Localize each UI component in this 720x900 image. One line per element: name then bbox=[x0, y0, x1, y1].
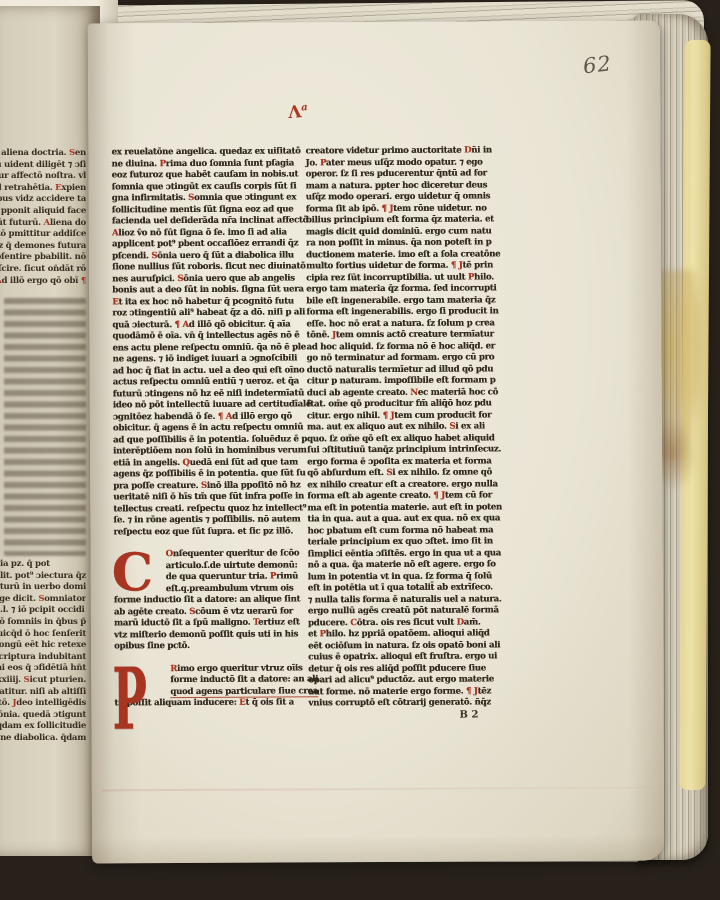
rubric-red-text: N bbox=[410, 387, 418, 397]
text-line: forma ſit ab ipō. ¶ Jtem rōne uidetur. n… bbox=[306, 203, 492, 215]
text-line: ſui ɔſtitutiuū tanq̄z principium intrinſ… bbox=[307, 444, 493, 456]
text-span: ⁊ nulla talis forma ē naturalis uel a na… bbox=[308, 594, 502, 605]
text-span: tellectus creati. reſpectu quoz hz intel… bbox=[113, 503, 306, 514]
text-line: forma eſt ingenerabilis. ergo ſi produci… bbox=[306, 306, 492, 318]
text-line: qō abſurdum eſt. Si ex nihilo. ſz omne q… bbox=[307, 467, 493, 479]
text-fragment-line: betur affectō noſtra. vl bbox=[0, 171, 86, 183]
text-line: teriale principium ex quo ɔſtet. imo ſit… bbox=[307, 536, 493, 548]
text-span: ū uident diligēt ⁊ ɔſi bbox=[0, 160, 86, 170]
text-span: nalit. pot⁹ ɔiectura q̄z bbox=[0, 571, 86, 581]
text-span: tem cum producit for bbox=[394, 410, 491, 421]
text-line: ad que poſſibilis ē in potentia. ſoluēdu… bbox=[113, 434, 299, 446]
text-span: cuius ē opatrix. alioqui eſt fruſtra. er… bbox=[308, 651, 497, 662]
text-fragment-line: .xxxiiij. Sicut pturien bbox=[0, 675, 86, 687]
text-span: eēt ociōſum in natura. ſz ois opatō boni… bbox=[308, 640, 500, 651]
text-line: ſtat. om̄e qō producitur fm̄ aliq̄ō hoz … bbox=[307, 398, 493, 410]
text-span: forma eſt ab agente creato. bbox=[307, 491, 433, 502]
text-fragment-line: t ſōnia. quedā ɔtigunt bbox=[0, 710, 86, 722]
text-span: alibus vidz accidere ta bbox=[0, 194, 86, 204]
text-line: opari ad alicu⁹ pductōz. aut ergo materi… bbox=[308, 674, 494, 686]
text-fragment-line: quicq̄d ō hoc ſenſerit bbox=[0, 629, 86, 641]
text-line: bile eſt ingenerabile. ergo tam materia … bbox=[306, 295, 492, 307]
text-span: ſimplici eēntia ɔſiſtēs. ergo in qua ut … bbox=[308, 548, 501, 559]
text-fragment-line: ut aliena doctria. Sen bbox=[0, 148, 86, 160]
text-span: l. ⁊ iō pcipit occidi. bbox=[0, 605, 85, 615]
text-span: q̄n pponit aliquid face bbox=[0, 206, 86, 216]
text-fragment-line: atō. Jdeo intelligēdis bbox=[0, 698, 86, 710]
text-span: qō abſurdum eſt. bbox=[307, 468, 386, 478]
previous-page-text-fragments-bottom: ia pz. q̄ potnalit. pot⁹ ɔiectura q̄zfut… bbox=[0, 559, 86, 745]
text-line: obicitur. q̄ agens ē in actu reſpectu om… bbox=[113, 422, 299, 434]
text-span: hoc pbatum eſt cum forma nō habeat ma bbox=[307, 525, 493, 536]
paragraph-block: ex reuelatōne angelica. quedaz ex uiſita… bbox=[111, 146, 299, 538]
text-line: bonis aut a deo ſūt in nobis. ſigna ſūt … bbox=[112, 284, 298, 296]
text-span: detur q̄ ois res aliq̄d poſſit pducere ſ… bbox=[308, 663, 486, 674]
text-span: imo ergo queritur vtruz oīis bbox=[177, 663, 302, 674]
text-span: d illō ergo qō obī bbox=[2, 276, 79, 286]
text-span: hilo. hz ppriā opatōem. alioqui aliq̄d bbox=[326, 628, 490, 639]
text-span: el retrahētia. bbox=[0, 183, 55, 193]
text-span: eſt in potētia ut ī qua totalit̄ ab extr… bbox=[308, 582, 493, 593]
text-line: magis dicit quid dominiū. ergo cum natu bbox=[306, 226, 492, 238]
rubric-red-text: Q bbox=[182, 457, 189, 467]
text-span: inō illa ppoſitō nō hz bbox=[207, 480, 301, 490]
text-line: ma. aut ex aliquo aut ex nihilo. Si ex a… bbox=[307, 421, 493, 433]
text-line: tia in qua. aut a qua. aut ex qua. nō ex… bbox=[307, 513, 493, 525]
text-line: eſt in potētia ut ī qua totalit̄ ab extr… bbox=[308, 582, 494, 594]
text-line: ɔgnitōez habendā ō ſe. ¶ Ad illō ergo qō bbox=[113, 411, 299, 423]
paragraph-block: creatore videtur primo auctoritate Dn̄i … bbox=[305, 145, 494, 709]
text-line: articulo.ſ.de uirtute demonū: bbox=[166, 560, 300, 572]
text-line: ideo nō pōt intellectū iuuare ad certitu… bbox=[113, 399, 299, 411]
red-underlined-text: quod agens particulare ſiue crea bbox=[170, 686, 318, 698]
text-fragment-line: nalit. pot⁹ ɔiectura q̄z bbox=[0, 571, 86, 583]
text-span: aut forme. nō materie ergo forme. bbox=[308, 686, 466, 697]
text-line: gna infirmitatis. Somnia que ɔtingunt ex bbox=[112, 192, 298, 204]
text-span: ne diuina. bbox=[112, 159, 160, 169]
text-line: actus reſpectu omniū entiū ⁊ ueroz. et q… bbox=[113, 376, 299, 388]
text-span: bilius principium eſt forma q̄z materia.… bbox=[306, 214, 494, 225]
text-span: quicq̄d ō hoc ſenſerit bbox=[0, 629, 86, 639]
text-span: pducere. bbox=[308, 618, 350, 628]
text-line: nes auruſpici. Sōnia uero que ab angelis bbox=[112, 273, 298, 285]
text-span: forme inductō ſit a datore: an ali bbox=[170, 674, 318, 685]
text-line: multo fortius uidetur de forma. ¶ Jtē pr… bbox=[306, 260, 492, 272]
text-fragment-line: alibus vidz accidere ta bbox=[0, 194, 86, 206]
text-span: quo. ſz om̄e qō eſt ex aliquo habet aliq… bbox=[307, 433, 495, 444]
text-line: agens q̄z poſſibilis ē in potentia. que … bbox=[113, 468, 299, 480]
text-span: ōnia uero que ab angelis bbox=[183, 273, 295, 284]
text-span: bonis aut a deo ſūt in nobis. ſigna ſūt … bbox=[112, 284, 303, 295]
text-fragment-line: lege dicit. Somniator bbox=[0, 594, 86, 606]
text-line: ab agēte creato. Scōum ē vtz uerarū for bbox=[114, 606, 300, 618]
text-span: pſcendi. bbox=[112, 251, 151, 261]
text-line: tellectus creati. reſpectu quoz hz intel… bbox=[113, 503, 299, 515]
text-line: ductionem materie. imo eſt a ſola creatō… bbox=[306, 249, 492, 261]
text-fragment-line: ¶ Ad illō ergo qō obī bbox=[0, 276, 86, 288]
text-span: t ita ex hoc nō habetur q̄ pcognitō futu bbox=[119, 296, 294, 307]
text-line: forme inductō ſit a datore: an ali bbox=[170, 674, 300, 686]
text-span: t q̄ ois ſit a bbox=[245, 697, 293, 707]
text-line: et Philo. hz ppriā opatōem. alioqui aliq… bbox=[308, 628, 494, 640]
text-fragment-line: atz q̄ demones futura bbox=[0, 241, 86, 253]
rubric-red-text: ¶ bbox=[81, 276, 86, 286]
text-line: tōnē. Jtem omnis actō creature termīatur bbox=[306, 329, 492, 341]
text-span: ſūt futurū. bbox=[0, 218, 43, 228]
text-line: ex reuelatōne angelica. quedaz ex uiſita… bbox=[111, 146, 297, 158]
text-line: mam a natura. ppter hoc diceretur deus bbox=[306, 180, 492, 192]
text-fragment-line: l. ⁊ iō pcipit occidi. bbox=[0, 605, 86, 617]
text-span: nſequenter queritur de ſcōo bbox=[173, 548, 299, 559]
book-photo: ut aliena doctria. Senū uident diligēt ⁊… bbox=[0, 0, 720, 900]
text-span: ſione nullius ſūt roboris. ſicut nec diu… bbox=[112, 261, 306, 272]
text-span: ſe. ⁊ in rōne agentis ⁊ poſſibilis. nō a… bbox=[113, 514, 300, 525]
text-fragment-line: d pſcire. ſicut on̄dāt rō bbox=[0, 264, 86, 276]
text-line: applicent pot⁹ pbent occaſiōez errandi q… bbox=[112, 238, 298, 250]
text-line: marū iductō ſit a ſpū maligno. Tertiuz e… bbox=[114, 617, 300, 629]
text-span: teriale principium ex quo ɔſtet. imo ſit… bbox=[307, 536, 492, 547]
text-line: ex nihilo creatur eſt a creatore. ergo n… bbox=[307, 479, 493, 491]
text-span: uſq̄z modo operari. ergo uidetur q̄ omni… bbox=[306, 191, 490, 202]
text-line: vnius corruptō eſt cōtrarij generatō. n̄… bbox=[308, 697, 494, 709]
text-span: roz ɔtingentiū ali⁹ habeat q̄z a dō. niſ… bbox=[112, 307, 305, 318]
text-line: ueritatē niſi ō hīs tm̄ que ſūt infra po… bbox=[113, 491, 299, 503]
text-span: ex reuelatōne angelica. quedaz ex uiſita… bbox=[111, 146, 300, 157]
text-span: nō a qua. q̄a materie nō eſt agere. ergo… bbox=[308, 559, 496, 570]
rubric-red-text: D bbox=[457, 617, 464, 627]
text-span: tem omnis actō creature termīatur bbox=[336, 329, 494, 340]
text-line: aut forme. nō materie ergo forme. ¶ Jtēz bbox=[308, 686, 494, 698]
text-span: ad hoc q̄ fiat in actu. uel a deo qui eſ… bbox=[113, 365, 305, 376]
text-line: ductō naturalis termīetur ad illud qō pd… bbox=[307, 364, 493, 376]
text-line: Onſequenter queritur de ſcōo bbox=[166, 548, 300, 560]
text-span: ma eſt in potentia materie. aut eſt in p… bbox=[307, 502, 502, 513]
text-span: lege dicit. bbox=[0, 594, 38, 604]
text-line: Jo. Pater meus uſq̄z modo opatur. ⁊ ego bbox=[306, 157, 492, 169]
text-span: forma eſt ingenerabilis. ergo ſi produci… bbox=[306, 306, 498, 317]
text-span: lioz v̄o nō ſūt ſigna ō ſe. imo ſi ad al… bbox=[118, 227, 286, 238]
text-span: tia in qua. aut a qua. aut ex qua. nō ex… bbox=[307, 513, 500, 524]
previous-page-blurred-text bbox=[4, 298, 86, 556]
text-line: ergo forma ē ɔpoſita ex materia et forma bbox=[307, 456, 493, 468]
text-span: ergo forma ē ɔpoſita ex materia et forma bbox=[307, 456, 491, 467]
text-span: tē prin bbox=[462, 260, 492, 270]
text-span: pra poſſe creature. bbox=[113, 480, 201, 490]
text-span: eſt.q.preambulum vtrum ois bbox=[166, 583, 294, 594]
text-span: i ex nihilo. ſz omne qō bbox=[392, 467, 492, 478]
text-line: ſimplici eēntia ɔſiſtēs. ergo in qua ut … bbox=[308, 548, 494, 560]
text-span: tēz bbox=[478, 686, 491, 696]
text-span: patitur. niſi ab altiſſi bbox=[0, 687, 86, 697]
text-span: ōtra. ois res ſicut vult bbox=[357, 617, 457, 628]
text-line: ⁊ nulla talis forma ē naturalis uel a na… bbox=[308, 594, 494, 606]
text-fragment-line: ū uident diligēt ⁊ ɔſi bbox=[0, 160, 86, 172]
text-span: ueritatē niſi ō hīs tm̄ que ſūt infra po… bbox=[113, 491, 304, 502]
text-span: t ſōnia. quedā ɔtigunt bbox=[0, 710, 86, 720]
text-fragment-line: ſūt futurū. Aliena do bbox=[0, 218, 86, 230]
text-span: eoz futuroz que habēt cauſam in nobis.ut bbox=[112, 169, 299, 180]
paper-crease bbox=[102, 787, 652, 792]
text-span: citur p naturam. impoſſibile eſt formam … bbox=[307, 375, 496, 386]
text-span: rimū bbox=[276, 571, 298, 581]
text-span: ma. aut ex aliquo aut ex nihilo. bbox=[307, 422, 449, 433]
text-line: ens actu plene reſpectu omniū. q̄a nō ē … bbox=[112, 342, 298, 354]
text-span: etiā in angelis. bbox=[113, 458, 182, 468]
text-line: de qua queruntur tria. Primū bbox=[166, 571, 300, 583]
text-fragment-line: eni eos q̄ ɔfidētiā hn̄t bbox=[0, 663, 86, 675]
text-span: r ō ſomniis in q̄bus p̄ bbox=[0, 617, 86, 627]
text-line: Rimo ergo queritur vtruz oīis bbox=[170, 663, 300, 675]
text-span: atz q̄ demones futura bbox=[0, 241, 86, 251]
text-fragment-line: q̄dam ex ſollicitudie bbox=[0, 721, 86, 733]
text-line: detur q̄ ois res aliq̄d poſſit pducere ſ… bbox=[308, 663, 494, 675]
text-span: vtz miſterio demonū poſſit quis uti in h… bbox=[114, 629, 298, 640]
text-span: multo fortius uidetur de forma. bbox=[306, 261, 451, 272]
text-span: ens actu plene reſpectu omniū. q̄a nō ē … bbox=[112, 342, 305, 353]
text-line: ma eſt in potentia materie. aut eſt in p… bbox=[307, 502, 493, 514]
text-span: futurū in uerbo domi bbox=[0, 582, 86, 592]
text-line: quā ɔiecturā. ¶ Ad illō qō obicitur. q̄ … bbox=[112, 319, 298, 331]
text-line: citur p naturam. impoſſibile eſt formam … bbox=[307, 375, 493, 387]
text-span: n̄i in bbox=[471, 145, 492, 155]
text-span: applicent pot⁹ pbent occaſiōez errandi q… bbox=[112, 238, 298, 249]
text-line: quod agens particulare ſiue crea bbox=[170, 686, 300, 698]
text-span: d illō qō obicitur. q̄ aīa bbox=[189, 319, 291, 330]
main-page: 62 Λa ex reuelatōne angelica. quedaz ex … bbox=[88, 21, 664, 864]
text-span: nes auruſpici. bbox=[112, 274, 177, 284]
text-line: ergo nullū agēs creatū pōt naturalē form… bbox=[308, 605, 494, 617]
text-span: ia pz. q̄ pot bbox=[0, 559, 50, 569]
text-span: forma ſit ab ipō. bbox=[306, 203, 382, 213]
text-line: cuius ē opatrix. alioqui eſt fruſtra. er… bbox=[308, 651, 494, 663]
text-span: eni eos q̄ ɔfidētiā hn̄t bbox=[0, 663, 86, 673]
folio-number: 62 bbox=[582, 51, 613, 78]
text-line: hoc pbatum eſt cum forma nō habeat ma bbox=[307, 525, 493, 537]
text-span: ut aliena doctria. bbox=[0, 148, 69, 158]
text-span: ductionem materie. imo eſt a ſola creatō… bbox=[306, 249, 500, 260]
text-span: tem cū for bbox=[445, 490, 492, 500]
text-span: cōum ē vtz uerarū for bbox=[195, 606, 293, 617]
text-span: ater meus uſq̄z modo opatur. ⁊ ego bbox=[326, 157, 483, 168]
text-line: interēptiōem non ſolū in hominibus verum bbox=[113, 445, 299, 457]
text-span: icut pturien bbox=[29, 675, 83, 685]
text-span: citur. ergo nihil. bbox=[307, 410, 383, 420]
text-span: articulo.ſ.de uirtute demonū: bbox=[166, 560, 298, 571]
text-line: ſollicitudine mentis ſūt ſigna eoz ad qu… bbox=[112, 204, 298, 216]
drop-cap-p: P bbox=[112, 661, 147, 735]
text-span: xpien bbox=[61, 183, 86, 193]
text-line: nō a qua. q̄a materie nō eſt agere. ergo… bbox=[308, 559, 494, 571]
text-span: ſui ɔſtitutiuū tanq̄z principium intrinſ… bbox=[307, 444, 501, 455]
text-line: vtz miſterio demonū poſſit quis uti in h… bbox=[114, 629, 300, 641]
quire-mark-superscript: a bbox=[301, 102, 308, 113]
text-span: d pſcire. ſicut on̄dāt rō bbox=[0, 264, 86, 274]
text-span: Jo. bbox=[306, 158, 320, 168]
text-line: quo. ſz om̄e qō eſt ex aliquo habet aliq… bbox=[307, 433, 493, 445]
text-fragment-line: a ſcriptura indubitant bbox=[0, 652, 86, 664]
text-fragment-line: futurū in uerbo domi bbox=[0, 582, 86, 594]
text-span: ab agēte creato. bbox=[114, 606, 189, 616]
text-span: am̄. bbox=[464, 617, 481, 627]
text-span: ra non poſſit in minus. q̄a non poteſt i… bbox=[306, 237, 491, 248]
text-span: actus reſpectu omniū entiū ⁊ ueroz. et q… bbox=[113, 376, 299, 387]
text-line: eſſe. hoc nō erat a natura. ſz ſolum p c… bbox=[306, 318, 492, 330]
text-line: ſe. ⁊ in rōne agentis ⁊ poſſibilis. nō a… bbox=[113, 514, 299, 526]
text-span: ad hoc aliquid. ſz forma nō ē hoc aliq̄d… bbox=[306, 341, 494, 352]
text-line: futurū ɔtingens nō hz eē niſi indetermīa… bbox=[113, 388, 299, 400]
text-span: ertiuz eſt bbox=[258, 617, 300, 627]
text-fragment-line: nt pſentire pbabilit. nō bbox=[0, 252, 86, 264]
text-span: tōnē. bbox=[306, 330, 332, 340]
text-span: atō. bbox=[0, 698, 12, 708]
text-span: ductō naturalis termīetur ad illud qō pd… bbox=[307, 364, 494, 375]
text-line: ad hoc aliquid. ſz forma nō ē hoc aliq̄d… bbox=[306, 341, 492, 353]
text-line: duci ab agente creato. Nec materiā hoc c… bbox=[307, 387, 493, 399]
text-span: quā ɔiecturā. bbox=[112, 320, 174, 330]
text-span: betur affectō noſtra. vl bbox=[0, 171, 86, 181]
text-span: go nō terminatur ad formam. ergo cū pro bbox=[307, 352, 495, 363]
paragraph-block: COnſequenter queritur de ſcōoarticulo.ſ.… bbox=[114, 548, 301, 652]
text-span: duci ab agente creato. bbox=[307, 387, 411, 398]
text-line: forma eſt ab agente creato. ¶ Jtem cū fo… bbox=[307, 490, 493, 502]
text-span: ɔgnitōez habendā ō ſe. bbox=[113, 411, 218, 422]
previous-page-text-fragments-top: ut aliena doctria. Senū uident diligēt ⁊… bbox=[0, 148, 86, 287]
text-span: ſtat. om̄e qō producitur fm̄ aliq̄ō hoz … bbox=[307, 398, 492, 409]
text-line: cipia rez ſūt incorruptibilia. ut uult P… bbox=[306, 272, 492, 284]
text-line: uſq̄z modo operari. ergo uidetur q̄ omni… bbox=[306, 191, 492, 203]
text-span: vnius corruptō eſt cōtrarij generatō. n̄… bbox=[308, 697, 490, 708]
text-span: ergo nullū agēs creatū pōt naturalē form… bbox=[308, 605, 499, 616]
text-span: deo intelligēdis bbox=[16, 698, 86, 708]
text-fragment-line: ia pz. q̄ pot bbox=[0, 559, 86, 571]
text-span: s longū eēt hic retexe bbox=[0, 640, 86, 650]
text-line: ergo tam materia q̄z forma. ſed incorrup… bbox=[306, 283, 492, 295]
drop-cap-c: C bbox=[112, 550, 154, 596]
text-span: nt pſentire pbabilit. nō bbox=[0, 252, 86, 262]
text-fragment-line: s longū eēt hic retexe bbox=[0, 640, 86, 652]
text-line: reſpectu eoz que ſūt ſupra. et ſic pz il… bbox=[113, 526, 299, 538]
rubric-red-text: D bbox=[464, 145, 471, 155]
text-span: facienda uel deſiderāda nr̄a inclinat af… bbox=[112, 215, 308, 226]
text-fragment-line: ditō pmittitur addiſce bbox=[0, 229, 86, 241]
text-span: omnia que ɔtingunt ex bbox=[194, 192, 296, 203]
text-span: en bbox=[75, 148, 86, 158]
text-line: creatore videtur primo auctoritate Dn̄i … bbox=[305, 145, 491, 157]
text-span: interēptiōem non ſolū in hominibus verum bbox=[113, 445, 306, 456]
text-line: ſione nullius ſūt roboris. ſicut nec diu… bbox=[112, 261, 298, 273]
text-line: ſomnia que ɔtingūt ex cauſis corpis ſūt … bbox=[112, 181, 298, 193]
text-span: hilo. bbox=[474, 272, 494, 282]
text-span: ōnia uero q̄ ſūt a diabolica illu bbox=[157, 250, 294, 261]
text-span: futurū ɔtingens nō hz eē niſi indetermīa… bbox=[113, 388, 304, 399]
text-span: ex nihilo creatur eſt a creatore. ergo n… bbox=[307, 479, 497, 490]
text-span: ditō pmittitur addiſce bbox=[0, 229, 86, 239]
text-line: eſt.q.preambulum vtrum ois bbox=[166, 583, 300, 595]
text-column-right: creatore videtur primo auctoritate Dn̄i … bbox=[305, 145, 494, 709]
text-line: go nō terminatur ad formam. ergo cū pro bbox=[307, 352, 493, 364]
text-span: rima duo ſomnia ſunt pſagia bbox=[166, 158, 294, 169]
text-line: ad hoc q̄ fiat in actu. uel a deo qui eſ… bbox=[113, 365, 299, 377]
text-span: uedā eni ſūt ad que tam bbox=[190, 457, 298, 468]
text-line: citur. ergo nihil. ¶ Jtem cum producit f… bbox=[307, 410, 493, 422]
text-fragment-line: patitur. niſi ab altiſſi bbox=[0, 687, 86, 699]
text-line: pra poſſe creature. Sinō illa ppoſitō nō… bbox=[113, 480, 299, 492]
quire-mark: Λa bbox=[288, 102, 309, 123]
text-span: cipia rez ſūt incorruptibilia. ut uult bbox=[306, 272, 468, 283]
text-span: ergo tam materia q̄z forma. ſed incorrup… bbox=[306, 283, 496, 294]
text-span: reſpectu eoz que ſūt ſupra. et ſic pz il… bbox=[113, 526, 293, 537]
text-span: operor. ſz ſi res pducerentur q̄ntū ad f… bbox=[306, 168, 487, 179]
text-span: tem rōne uidetur. no bbox=[393, 203, 486, 213]
text-span: omniator bbox=[44, 594, 86, 604]
text-line: ne agens. ⁊ iō indiget iuuari a ɔgnoſcib… bbox=[113, 353, 299, 365]
text-span: q̄dam ex ſollicitudie bbox=[0, 721, 86, 731]
text-span: gna infirmitatis. bbox=[112, 193, 188, 203]
text-line: lum in potentia vt in qua. ſz forma q̄ ſ… bbox=[308, 571, 494, 583]
text-span: ec materiā hoc cō bbox=[418, 387, 498, 397]
text-span: ſione diabolica. q̄dam bbox=[0, 733, 86, 743]
text-span: ideo nō pōt intellectū iuuare ad certitu… bbox=[113, 399, 311, 410]
text-line: Et ita ex hoc nō habetur q̄ pcognitō fut… bbox=[112, 296, 298, 308]
text-line: ra non poſſit in minus. q̄a non poteſt i… bbox=[306, 237, 492, 249]
text-fragment-line: r ō ſomniis in q̄bus p̄ bbox=[0, 617, 86, 629]
previous-page-edge: ut aliena doctria. Senū uident diligēt ⁊… bbox=[0, 6, 100, 856]
text-span: agens q̄z poſſibilis ē in potentia. que … bbox=[113, 468, 305, 479]
text-span: mam a natura. ppter hoc diceretur deus bbox=[306, 180, 488, 191]
text-line: facienda uel deſiderāda nr̄a inclinat af… bbox=[112, 215, 298, 227]
text-line: quodāmō ē oīa. vn̄ q̄ intellectus agēs n… bbox=[112, 330, 298, 342]
text-fragment-line: el retrahētia. Expien bbox=[0, 183, 86, 195]
gathering-signature: B 2 bbox=[308, 709, 494, 721]
text-span: ſomnia que ɔtingūt ex cauſis corpis ſūt … bbox=[112, 181, 297, 192]
text-line: operor. ſz ſi res pducerentur q̄ntū ad f… bbox=[306, 168, 492, 180]
text-fragment-line: ſione diabolica. q̄dam bbox=[0, 733, 86, 745]
text-span: ne agens. ⁊ iō indiget iuuari a ɔgnoſcib… bbox=[113, 353, 297, 364]
text-span: ſollicitudine mentis ſūt ſigna eoz ad qu… bbox=[112, 204, 294, 215]
text-line: pducere. Cōtra. ois res ſicut vult Dam̄. bbox=[308, 617, 494, 629]
text-column-left: ex reuelatōne angelica. quedaz ex uiſita… bbox=[111, 146, 300, 709]
text-span: et bbox=[308, 629, 320, 639]
paragraph-block: PRimo ergo queritur vtruz oīisforme indu… bbox=[114, 663, 300, 710]
text-line: roz ɔtingentiū ali⁹ habeat q̄z a dō. niſ… bbox=[112, 307, 298, 319]
text-line: etiā in angelis. Quedā eni ſūt ad que ta… bbox=[113, 457, 299, 469]
text-span: de qua queruntur tria. bbox=[166, 572, 270, 583]
text-line: pſcendi. Sōnia uero q̄ ſūt a diabolica i… bbox=[112, 250, 298, 262]
text-span: bile eſt ingenerabile. ergo tam materia … bbox=[306, 295, 495, 306]
text-line: eoz futuroz que habēt cauſam in nobis.ut bbox=[112, 169, 298, 181]
text-fragment-line: q̄n pponit aliquid face bbox=[0, 206, 86, 218]
text-span: ad que poſſibilis ē in potentia. ſoluēdu… bbox=[113, 434, 307, 445]
text-span: creatore videtur primo auctoritate bbox=[305, 146, 464, 157]
text-line: ne diuina. Prima duo ſomnia ſunt pſagia bbox=[112, 158, 298, 170]
text-span: liena do bbox=[50, 218, 86, 228]
text-line: bilius principium eſt forma q̄z materia.… bbox=[306, 214, 492, 226]
text-span: i ex ali bbox=[455, 421, 485, 431]
text-span: a ſcriptura indubitant bbox=[0, 652, 86, 662]
text-line: Alioz v̄o nō ſūt ſigna ō ſe. imo ſi ad a… bbox=[112, 227, 298, 239]
text-span: quodāmō ē oīa. vn̄ q̄ intellectus agēs n… bbox=[112, 330, 299, 341]
text-span: eſſe. hoc nō erat a natura. ſz ſolum p c… bbox=[306, 318, 494, 329]
text-span: marū iductō ſit a ſpū maligno. bbox=[114, 618, 253, 629]
text-span: obicitur. q̄ agens ē in actu reſpectu om… bbox=[113, 422, 303, 433]
text-line: eēt ociōſum in natura. ſz ois opatō boni… bbox=[308, 640, 494, 652]
text-span: lum in potentia vt in qua. ſz forma q̄ ſ… bbox=[308, 571, 492, 582]
text-span: opari ad alicu⁹ pductōz. aut ergo materi… bbox=[308, 674, 494, 685]
text-span: d illō ergo qō bbox=[232, 411, 292, 421]
text-span: magis dicit quid dominiū. ergo cum natu bbox=[306, 226, 492, 237]
